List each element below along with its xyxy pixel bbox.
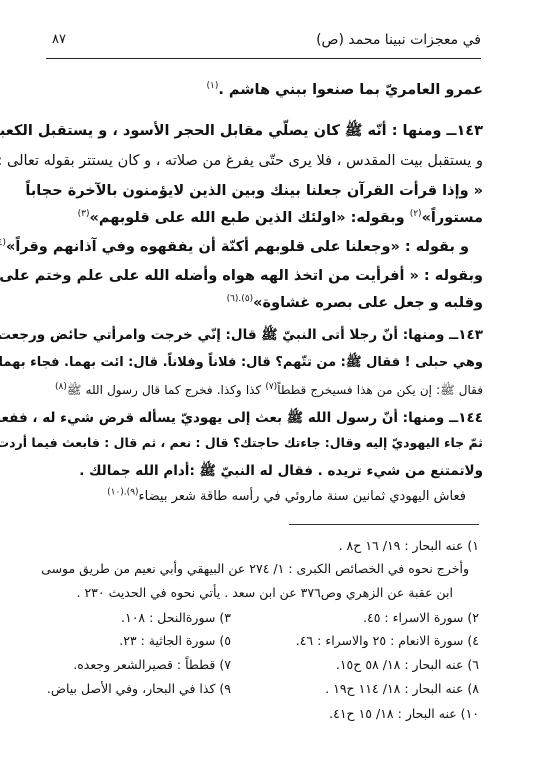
quran-quote-line-2: مستوراً»(٢) وبقوله: «اولئك الذين طبع الل… — [78, 208, 483, 228]
line-text: كذا وكذا. فخرج كما قال رسول الله ﷺ — [67, 383, 265, 397]
footnote-text: سورة الانعام : ٢٥ والاسراء : ٤٦. — [296, 633, 464, 648]
footnote-9: ٩) كذا في البحار، وفي الأصل بياض. — [47, 680, 231, 698]
footnote-text: سورة الاسراء : ٤٥. — [363, 610, 463, 625]
line-text: ولاتمتنع من شيء تريده . فقال له النبيّ ﷺ… — [79, 463, 483, 479]
hadith-144-line-3: ولاتمتنع من شيء تريده . فقال له النبيّ ﷺ… — [79, 461, 483, 481]
line-text: فقال ﷺ: إن يكن من هذا فسيخرج قططاً — [277, 383, 483, 397]
footnote-number: ٤) — [467, 633, 479, 648]
page-number: ٨٧ — [52, 32, 66, 47]
footnote-ref: (٨) — [55, 382, 67, 392]
footnote-4: ٤) سورة الانعام : ٢٥ والاسراء : ٤٦. — [296, 632, 479, 650]
footnote-number: ٥) — [219, 633, 231, 648]
hadith-144-line-2: ثمّ جاء اليهوديّ إليه وقال: جاءتك حاجتك؟… — [55, 433, 483, 453]
hadith-144-line-1: ١٤٤ــ ومنها: أنّ رسول الله ﷺ بعث إلى يهو… — [55, 408, 483, 428]
hadith-144-line-4: فعاش اليهودي ثمانين سنة ماروئي في رأسه ط… — [107, 487, 466, 507]
footnote-8: ٨) عنه البحار : ١٨/ ١١٤ ح١٩ . — [325, 680, 479, 698]
footnote-text: عنه البحار : ١٨/ ٥٨ ح١٥. — [336, 657, 464, 672]
footnote-number: ٩) — [219, 681, 231, 696]
footnote-3: ٣) سورةالنحل : ١٠٨. — [121, 609, 231, 627]
footnote-text: كذا في البحار، وفي الأصل بياض. — [47, 681, 216, 696]
footnote-text: سورة الجاثية : ٢٣. — [119, 633, 215, 648]
footnote-2: ٢) سورة الاسراء : ٤٥. — [363, 609, 479, 627]
footnote-number: ٣) — [219, 610, 231, 625]
footnote-ref: (٢) — [410, 209, 422, 219]
footnote-1-cont-2: ابن عقبة عن الزهري وص٣٧٦ عن ابن سعد . يأ… — [76, 584, 453, 602]
book-page: في معجزات نبينا محمد (ص) ٨٧ عمرو العامري… — [0, 0, 541, 775]
line-text: عمرو العامريّ بما صنعوا ببني هاشم . — [218, 82, 483, 98]
footnote-text: عنه البحار : ١٨/ ١١٤ ح١٩ . — [325, 681, 463, 696]
footnote-text: سورةالنحل : ١٠٨. — [121, 610, 215, 625]
footnote-ref: (٥).(٦) — [227, 294, 254, 304]
footnote-number: ١) — [467, 538, 479, 553]
footnote-1-cont-1: وأخرج نحوه في الخصائص الكبرى : ١/ ٢٧٤ عن… — [41, 560, 469, 578]
line-text: فعاش اليهودي ثمانين سنة ماروئي في رأسه ط… — [139, 489, 466, 504]
footnote-text: عنه البحار : ١٨/ ١٥ ح٤١. — [329, 706, 457, 721]
footnote-text: وأخرج نحوه في الخصائص الكبرى : ١/ ٢٧٤ عن… — [41, 561, 469, 576]
footnote-1: ١) عنه البحار : ١٩/ ١٦ ح٨ . — [339, 537, 479, 555]
line-text: « وإذا قرأت القرآن جعلنا بينك وبين الذين… — [25, 183, 483, 199]
footnote-rule — [289, 524, 479, 525]
hadith-143-line-2: وهي حبلى ! فقال ﷺ: من تتّهم؟ قال: فلاناً… — [55, 353, 483, 373]
footnote-number: ١٠) — [461, 706, 479, 721]
footnote-ref: (٩).(١٠) — [107, 488, 138, 498]
running-header-title: في معجزات نبينا محمد (ص) — [316, 32, 481, 48]
footnote-10: ١٠) عنه البحار : ١٨/ ١٥ ح٤١. — [329, 705, 479, 723]
line-text: مستوراً» — [422, 210, 483, 226]
footnote-text: عنه البحار : ١٩/ ١٦ ح٨ . — [339, 538, 464, 553]
hadith-143-line-1: ١٤٣ــ ومنها: أنّ رجلا أتى النبيّ ﷺ قال: … — [55, 325, 483, 345]
footnote-ref: (٣) — [78, 209, 90, 219]
footnote-number: ٢) — [467, 610, 479, 625]
quran-quote-line-4: وبقوله : « أفرأيت من اتخذ الهه هواه وأضل… — [55, 266, 483, 286]
body-line-1: عمرو العامريّ بما صنعوا ببني هاشم .(١) — [206, 80, 483, 100]
line-text: ١٤٤ــ ومنها: أنّ رسول الله ﷺ بعث إلى يهو… — [0, 410, 483, 426]
line-text: ثمّ جاء اليهوديّ إليه وقال: جاءتك حاجتك؟… — [0, 435, 483, 450]
hadith-142-line-1: ١٤٣ــ ومنها : أنّه ﷺ كان يصلّي مقابل الح… — [55, 121, 483, 141]
footnote-text: ابن عقبة عن الزهري وص٣٧٦ عن ابن سعد . يأ… — [76, 585, 453, 600]
quran-quote-line-5: وقلبه و جعل على بصره غشاوة»(٥).(٦) — [227, 293, 483, 313]
footnote-6: ٦) عنه البحار : ١٨/ ٥٨ ح١٥. — [336, 656, 479, 674]
footnote-ref: (٧) — [265, 382, 277, 392]
footnote-text: قططاً : قصيرالشعر وجعده. — [73, 657, 215, 672]
line-text: ١٤٣ــ ومنها : أنّه ﷺ كان يصلّي مقابل الح… — [0, 123, 483, 139]
hadith-143-line-3: فقال ﷺ: إن يكن من هذا فسيخرج قططاً(٧) كذ… — [55, 380, 483, 400]
footnote-number: ٧) — [219, 657, 231, 672]
footnote-number: ٨) — [467, 681, 479, 696]
line-text: و يستقبل بيت المقدس ، فلا يرى حتّى يفرغ … — [0, 153, 483, 169]
line-text: وهي حبلى ! فقال ﷺ: من تتّهم؟ قال: فلاناً… — [0, 355, 483, 370]
quran-quote-line-1: « وإذا قرأت القرآن جعلنا بينك وبين الذين… — [55, 181, 483, 201]
line-text: وبقوله : « أفرأيت من اتخذ الهه هواه وأضل… — [0, 268, 483, 284]
footnote-7: ٧) قططاً : قصيرالشعر وجعده. — [73, 656, 231, 674]
hadith-142-line-2: و يستقبل بيت المقدس ، فلا يرى حتّى يفرغ … — [55, 151, 483, 171]
quran-quote-line-3: و بقوله : «وجعلنا على قلوبهم أكنّة أن يف… — [0, 237, 469, 257]
line-text: و بقوله : «وجعلنا على قلوبهم أكنّة أن يف… — [6, 239, 469, 255]
line-text: وبقوله: «اولئك الذين طبع الله على قلوبهم… — [89, 210, 409, 226]
line-text: وقلبه و جعل على بصره غشاوة» — [253, 295, 483, 311]
header-rule — [46, 58, 481, 59]
line-text: ١٤٣ــ ومنها: أنّ رجلا أتى النبيّ ﷺ قال: … — [0, 327, 483, 343]
footnote-5: ٥) سورة الجاثية : ٢٣. — [119, 632, 231, 650]
footnote-number: ٦) — [467, 657, 479, 672]
footnote-ref: (١) — [206, 81, 218, 91]
